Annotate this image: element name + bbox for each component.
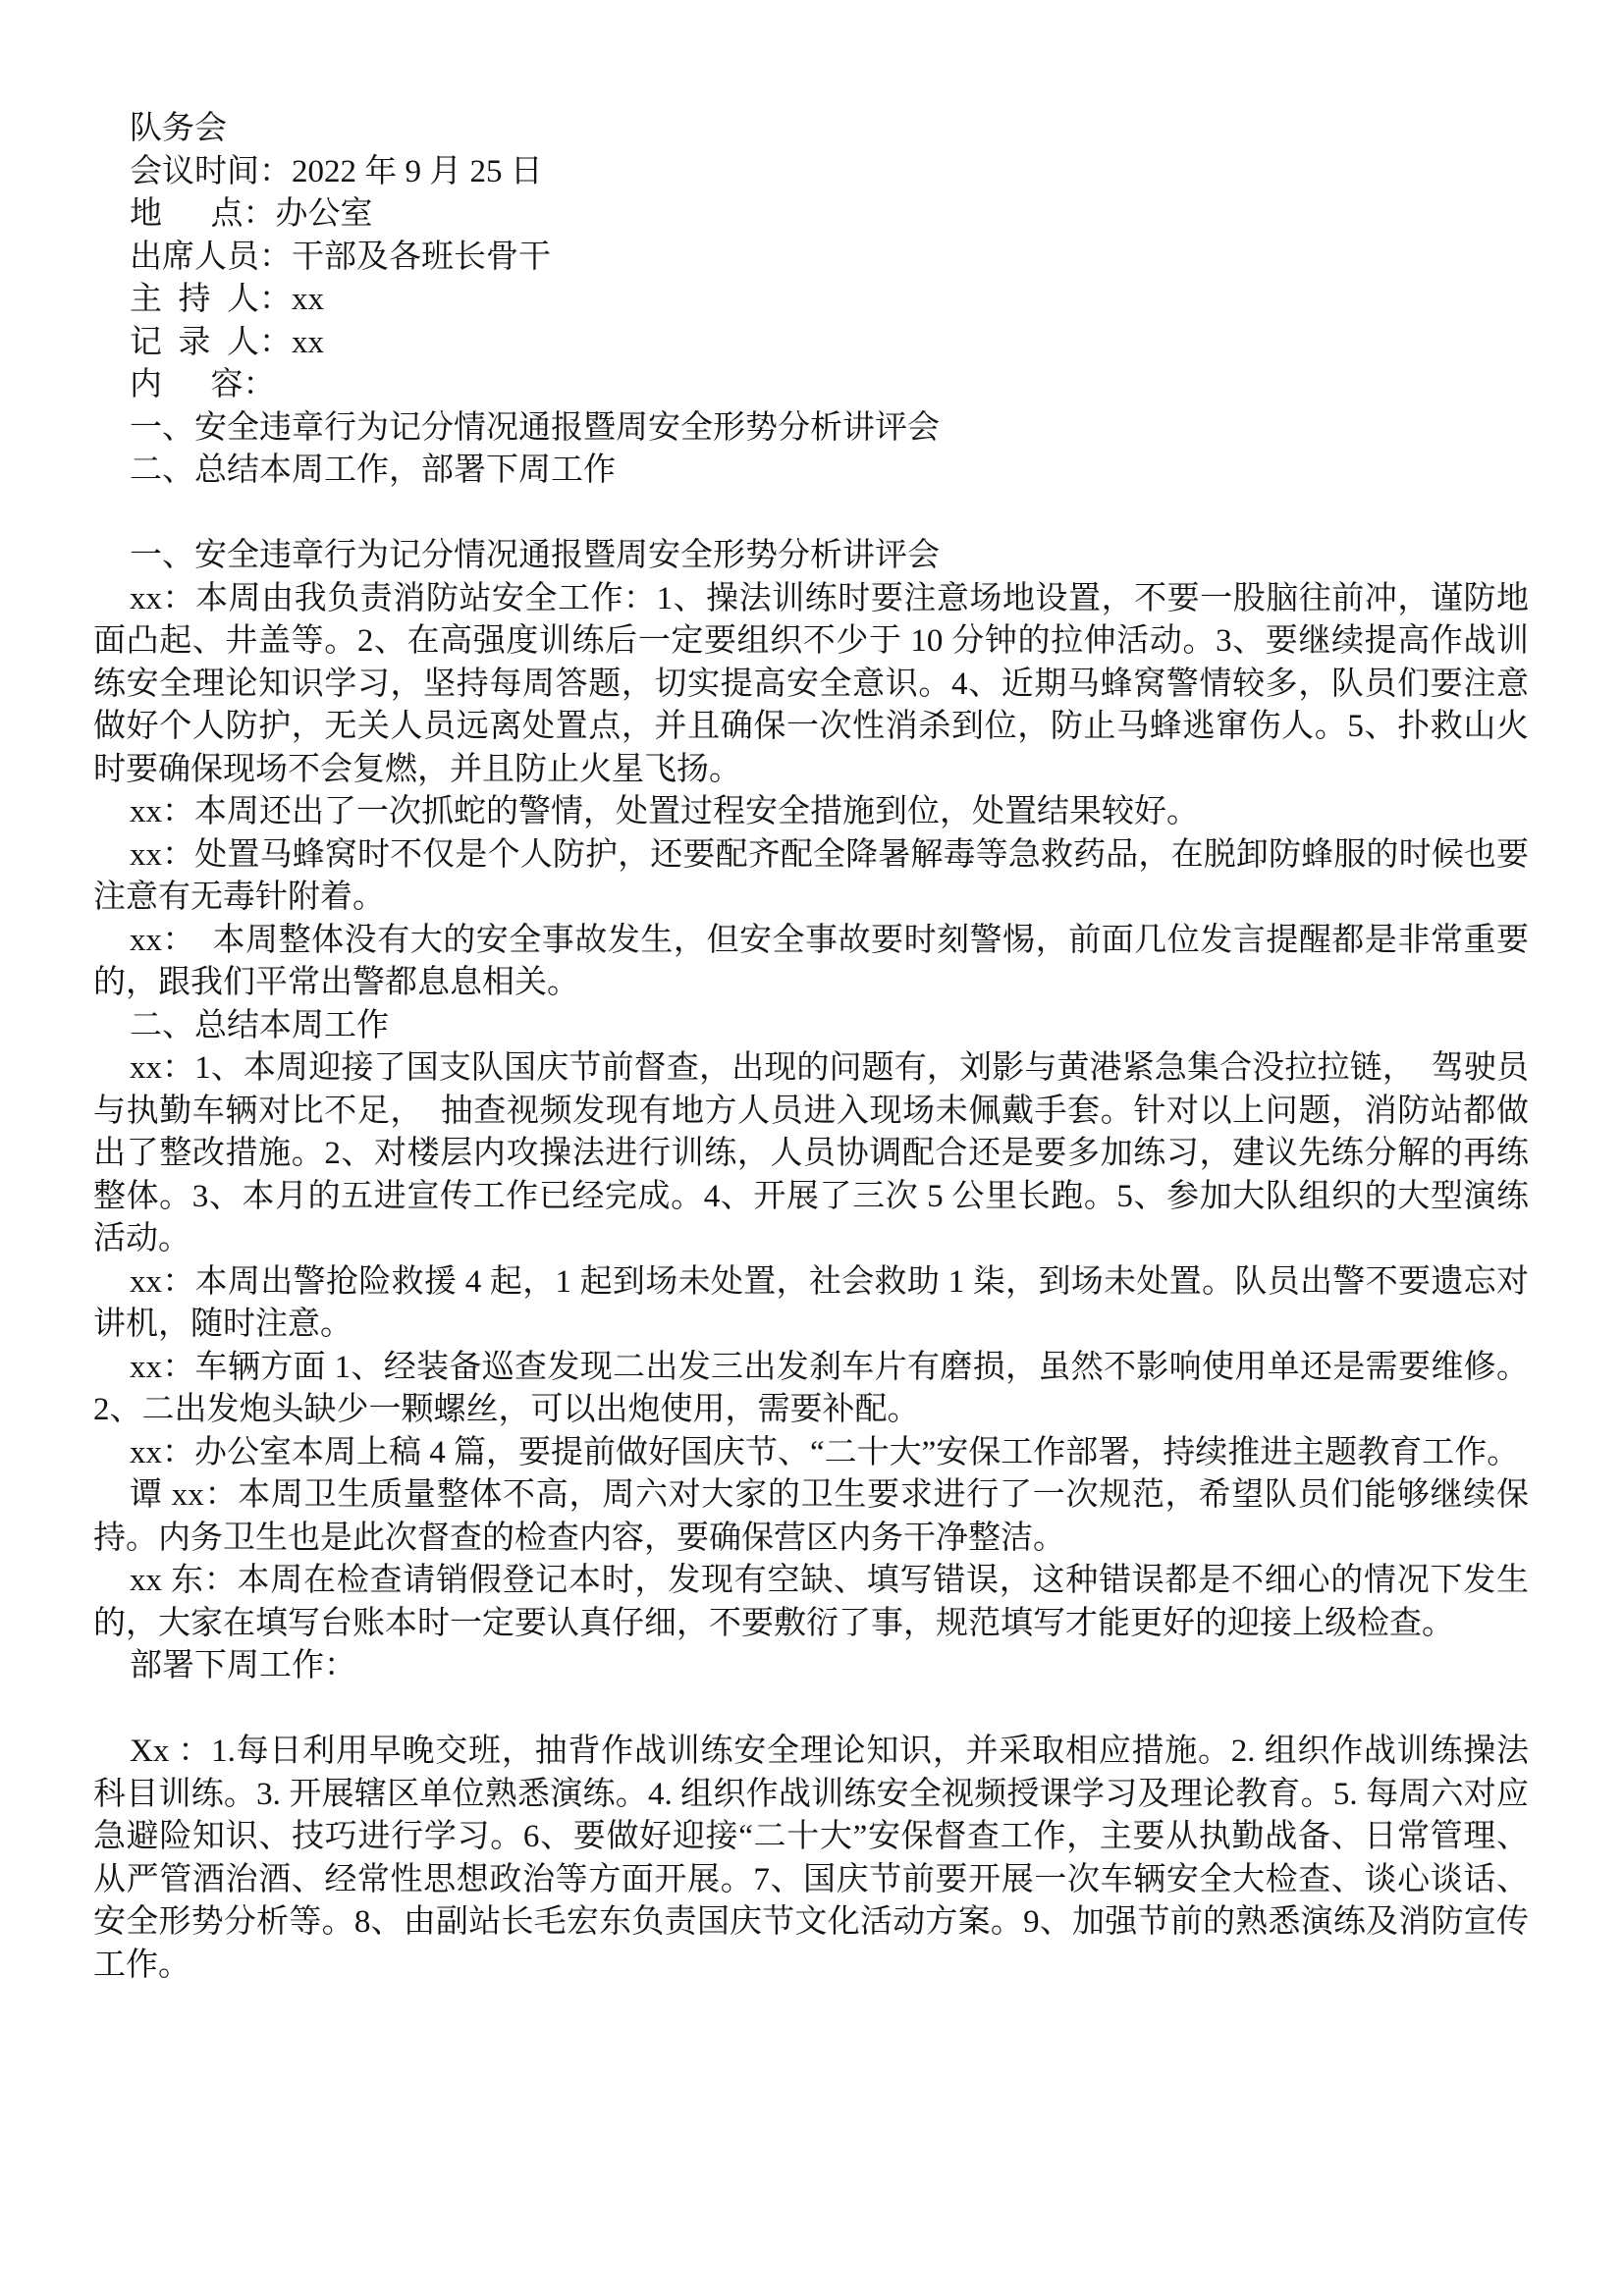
meta-recorder: 记 录 人：xx	[93, 322, 1529, 365]
speech-safety-lead: xx：本周由我负责消防站安全工作：1、操法训练时要注意场地设置，不要一股脑往前冲…	[93, 578, 1529, 792]
speech-office-report: xx：办公室本周上稿 4 篇，要提前做好国庆节、“二十大”安保工作部署，持续推进…	[93, 1432, 1529, 1475]
agenda-item-2: 二、总结本周工作，部署下周工作	[93, 450, 1529, 493]
document-page: 队务会 会议时间：2022 年 9 月 25 日 地 点：办公室 出席人员：干部…	[0, 0, 1624, 2296]
meta-content-label: 内 容：	[93, 364, 1529, 407]
blank-line	[93, 1688, 1529, 1732]
section-1-heading: 一、安全违章行为记分情况通报暨周安全形势分析讲评会	[93, 535, 1529, 578]
meta-host: 主 持 人：xx	[93, 279, 1529, 322]
speech-hygiene: 谭 xx：本周卫生质量整体不高，周六对大家的卫生要求进行了一次规范，希望队员们能…	[93, 1474, 1529, 1560]
meta-location: 地 点：办公室	[93, 193, 1529, 237]
speech-week-summary: xx：1、本周迎接了国支队国庆节前督查，出现的问题有，刘影与黄港紧急集合没拉拉链…	[93, 1047, 1529, 1261]
section-2-heading: 二、总结本周工作	[93, 1005, 1529, 1048]
meta-meeting-time: 会议时间：2022 年 9 月 25 日	[93, 151, 1529, 194]
speech-vehicle-issues: xx：车辆方面 1、经装备巡查发现二出发三出发刹车片有磨损，虽然不影响使用单还是…	[93, 1347, 1529, 1432]
speech-overall-safety: xx： 本周整体没有大的安全事故发生，但安全事故要时刻警惕，前面几位发言提醒都是…	[93, 920, 1529, 1005]
meta-attendees: 出席人员：干部及各班长骨干	[93, 237, 1529, 280]
speech-snake-alarm: xx：本周还出了一次抓蛇的警情，处置过程安全措施到位，处置结果较好。	[93, 791, 1529, 834]
next-week-plan-label: 部署下周工作：	[93, 1645, 1529, 1688]
speech-wasp-handling: xx：处置马蜂窝时不仅是个人防护，还要配齐配全降暑解毒等急救药品，在脱卸防蜂服的…	[93, 834, 1529, 920]
speech-leave-register: xx 东：本周在检查请销假登记本时，发现有空缺、填写错误，这种错误都是不细心的情…	[93, 1560, 1529, 1645]
title-line: 队务会	[93, 108, 1529, 151]
speech-rescue-stats: xx：本周出警抢险救援 4 起，1 起到场未处置，社会救助 1 柒，到场未处置。…	[93, 1261, 1529, 1347]
agenda-item-1: 一、安全违章行为记分情况通报暨周安全形势分析讲评会	[93, 407, 1529, 451]
blank-line	[93, 493, 1529, 536]
next-week-plan-details: Xx ：1.每日利用早晚交班，抽背作战训练安全理论知识，并采取相应措施。2. 组…	[93, 1731, 1529, 1987]
